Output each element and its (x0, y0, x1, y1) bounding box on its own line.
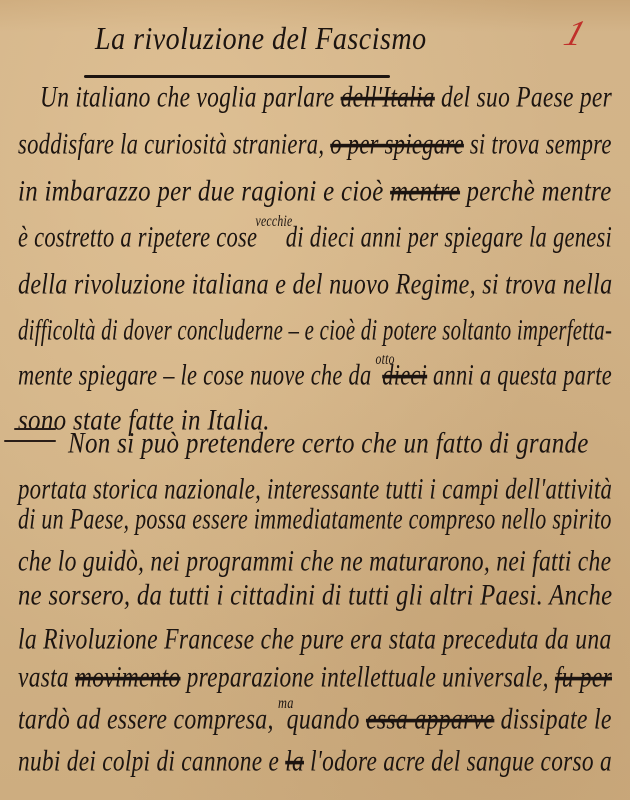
text: l'odore acre del sangue corso a (304, 745, 612, 777)
page-number: 1 (559, 12, 591, 54)
struck-text: essa apparve (366, 703, 494, 735)
text-line: in imbarazzo per due ragioni e cioè ment… (18, 175, 612, 209)
struck-text: dell'Italia (341, 81, 435, 113)
text-line: della rivoluzione italiana e del nuovo R… (18, 268, 612, 302)
text-line: difficoltà di dover concluderne – e cioè… (18, 314, 612, 348)
text-line: mente spiegare – le cose nuove che da ot… (18, 359, 612, 393)
text: che lo guidò, nei programmi che ne matur… (18, 545, 611, 577)
text: del suo Paese per (435, 81, 612, 113)
margin-dash-mark (14, 428, 56, 430)
text: anni a questa parte (427, 359, 612, 391)
inserted-text: ma (278, 694, 294, 712)
text: vasta (18, 661, 75, 693)
text-line: nubi dei colpi di cannone e la l'odore a… (18, 745, 612, 779)
text: nubi dei colpi di cannone e (18, 745, 285, 777)
struck-text: movimento (75, 661, 180, 693)
document-title: La rivoluzione del Fascismo (95, 22, 427, 59)
text: soddisfare la curiosità straniera, (18, 128, 330, 160)
text-line: la Rivoluzione Francese che pure era sta… (18, 623, 612, 657)
text: di un Paese, possa essere immediatamente… (18, 503, 612, 535)
text: mente spiegare – le cose nuove che da (18, 359, 377, 391)
text: tardò ad essere compresa, (18, 703, 280, 735)
manuscript-page: 1 La rivoluzione del Fascismo Un italian… (0, 0, 630, 800)
text: ne sorsero, da tutti i cittadini di tutt… (18, 579, 612, 611)
text-line: vasta movimento preparazione intellettua… (18, 661, 612, 695)
struck-text: la (285, 745, 304, 777)
text-line: è costretto a ripetere cosevecchie di di… (18, 221, 612, 255)
struck-text: o per spiegare (330, 128, 464, 160)
text-line: ne sorsero, da tutti i cittadini di tutt… (18, 579, 612, 613)
text: Un italiano che voglia parlare (40, 81, 341, 113)
text-line: Un italiano che voglia parlare dell'Ital… (40, 81, 612, 115)
margin-dash-mark (4, 440, 56, 442)
text-line: portata storica nazionale, interessante … (18, 473, 612, 507)
text: difficoltà di dover concluderne – e cioè… (18, 314, 612, 346)
inserted-text: otto (376, 350, 395, 368)
text-line: Non si può pretendere certo che un fatto… (68, 427, 589, 461)
struck-text: fu per (555, 661, 612, 693)
text: la Rivoluzione Francese che pure era sta… (18, 623, 612, 655)
inserted-text: vecchie (256, 212, 293, 230)
text-line: tardò ad essere compresa, ma quando essa… (18, 703, 612, 737)
text: portata storica nazionale, interessante … (18, 473, 612, 505)
text: dissipate le (494, 703, 611, 735)
text-line: che lo guidò, nei programmi che ne matur… (18, 545, 611, 579)
struck-text: mentre (390, 175, 460, 207)
text: di dieci anni per spiegare la genesi (280, 221, 612, 253)
text: preparazione intellettuale universale, (180, 661, 554, 693)
text: in imbarazzo per due ragioni e cioè (18, 175, 390, 207)
text-line: di un Paese, possa essere immediatamente… (18, 503, 612, 537)
text: della rivoluzione italiana e del nuovo R… (18, 268, 612, 300)
text: è costretto a ripetere cose (18, 221, 257, 253)
title-underline (84, 75, 390, 78)
text-line: soddisfare la curiosità straniera, o per… (18, 128, 612, 162)
text: si trova sempre (464, 128, 612, 160)
text: Non si può pretendere certo che un fatto… (68, 427, 589, 459)
text: perchè mentre (460, 175, 612, 207)
